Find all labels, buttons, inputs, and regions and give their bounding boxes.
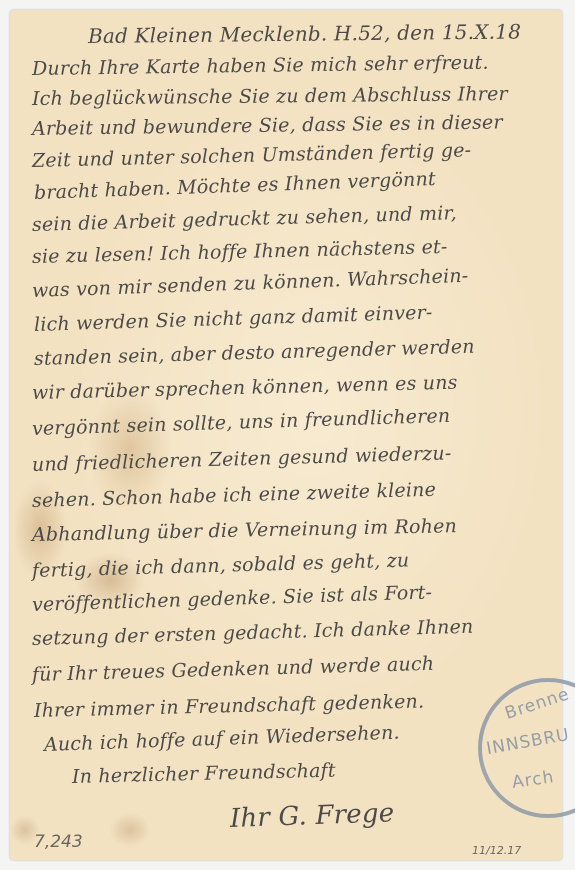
letter-heading-place-date: Bad Kleinen Mecklenb. H.52, den 15.X.18 [88, 19, 521, 48]
letter-closing: In herzlicher Freundschaft [72, 760, 336, 788]
letter-line: was von mir senden zu können. Wahrschein… [32, 265, 469, 302]
letter-line: bracht haben. Möchte es Ihnen vergönnt [34, 168, 437, 204]
letter-line: setzung der ersten gedacht. Ich danke Ih… [32, 616, 474, 650]
letter-line: veröffentlichen gedenke. Sie ist als For… [32, 581, 433, 616]
stamp-text-bottom: Arch [511, 767, 556, 793]
letter-signature: Ihr G. Frege [229, 798, 394, 834]
letter-line: Durch Ihre Karte haben Sie mich sehr erf… [32, 52, 489, 80]
letter-line: Arbeit und bewundere Sie, dass Sie es in… [32, 111, 503, 140]
letter-line: lich werden Sie nicht ganz damit einver- [34, 301, 433, 336]
letter-line: Zeit und unter solchen Umständen fertig … [32, 139, 472, 172]
letter-line: sehen. Schon habe ich eine zweite kleine [32, 479, 437, 512]
stamp-text-middle: INNSBRU [485, 725, 571, 759]
letter-line: sein die Arbeit gedruckt zu sehen, und m… [32, 202, 457, 236]
letter-line: Ich beglückwünsche Sie zu dem Abschluss … [32, 83, 508, 110]
letter-line: Auch ich hoffe auf ein Wiedersehen. [44, 722, 400, 756]
letter-line: sie zu lesen! Ich hoffe Ihnen nächstens … [32, 236, 448, 268]
letter-line: wir darüber sprechen können, wenn es uns [32, 372, 458, 404]
letter-line: Abhandlung über die Verneinung im Rohen [32, 515, 457, 546]
letter-line: standen sein, aber desto anregender werd… [34, 336, 475, 370]
letter-line: Ihrer immer in Freundschaft gedenken. [34, 690, 425, 722]
letter-line: für Ihr treues Gedenken und werde auch [32, 653, 435, 686]
letter-line: und friedlicheren Zeiten gesund wiederzu… [32, 442, 452, 476]
archive-inventory-number: 7,243 [34, 832, 83, 852]
stamp-text-top: Brenne [503, 684, 573, 724]
archive-date-note: 11/12.17 [472, 844, 521, 857]
letter-line: fertig, die ich dann, sobald es geht, zu [32, 549, 410, 582]
letter-line: vergönnt sein sollte, uns in freundliche… [32, 405, 451, 440]
